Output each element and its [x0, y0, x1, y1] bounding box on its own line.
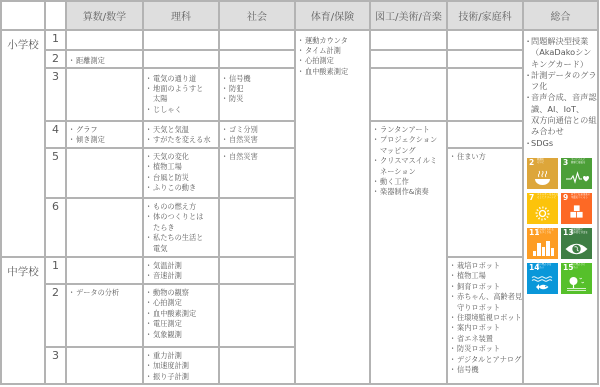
cell-science-es1	[144, 31, 218, 49]
cell-item: 加速度計測	[145, 361, 218, 371]
cell-math-es2: 距離測定	[67, 51, 142, 67]
header-tech: 技術/家庭科	[448, 2, 522, 29]
cell-item: 気温計測	[145, 261, 218, 271]
sdg-goal-11: 11 住み続けられる まちづくりを	[527, 228, 558, 259]
cell-science-es3: 電気の通り道地面のようすと 太陽じしゃく	[144, 69, 218, 120]
cell-item: 案内ロボット	[449, 323, 522, 333]
sdg-goal-3: 3 すべての人に 健康と福祉を	[561, 158, 592, 189]
cell-item: 信号機	[449, 365, 522, 375]
cell-item: 防災	[221, 94, 294, 104]
cell-integrated-all: 問題解決型授業 （AkaDakoシン キングカード）計測データのグラ フ化音声合…	[524, 31, 597, 383]
item-list: グラフ傾き測定	[67, 122, 142, 146]
cell-tech-es1	[448, 31, 522, 49]
cell-item: すがたを変える水	[145, 135, 218, 145]
item-list	[220, 348, 294, 351]
item-list: 気温計測音速計測	[144, 258, 218, 282]
cell-science-jh3: 重力計測加速度計測振り子計測	[144, 348, 218, 383]
cell-item: 信号機	[221, 74, 294, 84]
item-list	[371, 31, 446, 34]
cell-item: 傾き測定	[68, 135, 142, 145]
cell-item: クリスマスイルミ ネーション	[372, 156, 446, 177]
cell-item: 運動カウンタ	[297, 36, 369, 46]
header-science: 理科	[144, 2, 218, 29]
item-list	[371, 69, 446, 72]
item-list	[220, 199, 294, 202]
cell-item: 赤ちゃん、高齢者見 守りロボット	[449, 292, 522, 313]
item-list	[67, 149, 142, 152]
cell-item: 動く工作	[372, 177, 446, 187]
cubes-icon	[561, 193, 592, 224]
item-list	[371, 51, 446, 54]
cell-item: 楽器制作&演奏	[372, 187, 446, 197]
cell-science-jh2: 動物の観察心拍測定血中酸素測定電圧測定気象観測	[144, 285, 218, 346]
cell-item: 植物工場	[145, 162, 218, 172]
cell-item: 栽培ロボット	[449, 261, 522, 271]
cell-math-es6	[67, 199, 142, 256]
item-list: 重力計測加速度計測振り子計測	[144, 348, 218, 382]
item-list: 自然災害	[220, 149, 294, 162]
cell-item: 地面のようすと 太陽	[145, 84, 218, 105]
cell-tech-es4	[448, 122, 522, 147]
item-list	[67, 258, 142, 261]
cell-item: 省エネ装置	[449, 334, 522, 344]
grade-jh1: 1	[46, 258, 65, 283]
item-list: 動物の観察心拍測定血中酸素測定電圧測定気象観測	[144, 285, 218, 340]
cell-science-es5: 天気の変化植物工場台風と防災ふりこの動き	[144, 149, 218, 197]
item-list: データの分析	[67, 285, 142, 298]
cell-item: 重力計測	[145, 351, 218, 361]
sdg-goal-15: 15 陸の豊かさも 守ろう	[561, 263, 592, 294]
item-list	[67, 199, 142, 202]
cell-item: 電気の通り道	[145, 74, 218, 84]
fish-icon	[527, 263, 558, 294]
cell-item: タイム計測	[297, 46, 369, 56]
cell-item: SDGs	[524, 138, 597, 149]
cell-item: ふりこの動き	[145, 183, 218, 193]
sdg-goal-14: 14 海の豊かさを 守ろう	[527, 263, 558, 294]
item-list	[220, 258, 294, 261]
cell-social-jh3	[220, 348, 294, 383]
cell-item: 体のつくりとは たらき	[145, 212, 218, 233]
cell-item: ゴミ分別	[221, 125, 294, 135]
item-list	[220, 285, 294, 288]
cell-item: 心拍測定	[145, 298, 218, 308]
cell-item: データの分析	[68, 288, 142, 298]
cell-science-jh1: 気温計測音速計測	[144, 258, 218, 283]
cell-pe-all: 運動カウンタタイム計測心拍測定血中酸素測定	[296, 31, 369, 383]
item-list	[220, 31, 294, 34]
cell-item: 心拍測定	[297, 56, 369, 66]
cell-art-es2	[371, 51, 446, 67]
school-label-junior-high: 中学校	[2, 258, 44, 383]
cell-math-es1	[67, 31, 142, 49]
cell-item: 音声合成、音声認 識、AI、IoT、 双方向通信との組 み合わせ	[524, 92, 597, 137]
cell-item: 計測データのグラ フ化	[524, 70, 597, 93]
cell-tech-es3	[448, 69, 522, 120]
curriculum-table: 算数/数学 理科 社会 体育/保険 図工/美術/音楽 技術/家庭科 総合 小学校…	[0, 0, 599, 385]
item-list	[67, 69, 142, 72]
header-grade-col	[46, 2, 65, 29]
cell-social-es1	[220, 31, 294, 49]
cell-science-es4: 天気と気温すがたを変える水	[144, 122, 218, 147]
cell-art-es4-jh3: ランタンアートプロジェクション マッピングクリスマスイルミ ネーション動く工作楽…	[371, 122, 446, 383]
cell-item: デジタルとアナログ	[449, 355, 522, 365]
grade-es4: 4	[46, 122, 65, 147]
cell-item: 天気と気温	[145, 125, 218, 135]
cell-math-es4: グラフ傾き測定	[67, 122, 142, 147]
cell-item: グラフ	[68, 125, 142, 135]
cell-math-es3	[67, 69, 142, 120]
grade-es1: 1	[46, 31, 65, 49]
grade-es5: 5	[46, 149, 65, 197]
cell-item: じしゃく	[145, 105, 218, 115]
eye-globe-icon	[561, 228, 592, 259]
item-list: 栽培ロボット植物工場飼育ロボット赤ちゃん、高齢者見 守りロボット住環境監視ロボッ…	[448, 258, 522, 375]
item-list	[144, 31, 218, 34]
cell-tech-es2	[448, 51, 522, 67]
cell-art-es1	[371, 31, 446, 49]
item-list: 信号機防犯防災	[220, 69, 294, 105]
cell-social-es6	[220, 199, 294, 256]
cell-item: 問題解決型授業 （AkaDakoシン キングカード）	[524, 36, 597, 70]
bowl-icon	[527, 158, 558, 189]
item-list: 電気の通り道地面のようすと 太陽じしゃく	[144, 69, 218, 115]
grade-jh2: 2	[46, 285, 65, 346]
cell-social-jh1	[220, 258, 294, 283]
cell-item: 天気の変化	[145, 152, 218, 162]
cell-science-es2	[144, 51, 218, 67]
item-list	[448, 122, 522, 125]
header-math: 算数/数学	[67, 2, 142, 29]
sdg-goal-13: 13 気候変動に 具体的な対策を	[561, 228, 592, 259]
header-integrated: 総合	[524, 2, 597, 29]
grade-es3: 3	[46, 69, 65, 120]
cell-tech-jh1-3: 栽培ロボット植物工場飼育ロボット赤ちゃん、高齢者見 守りロボット住環境監視ロボッ…	[448, 258, 522, 383]
item-list	[448, 31, 522, 34]
sdg-goal-2: 2 飢餓を ゼロに	[527, 158, 558, 189]
cell-item: 植物工場	[449, 271, 522, 281]
header-art: 図工/美術/音楽	[371, 2, 446, 29]
item-list: 天気と気温すがたを変える水	[144, 122, 218, 146]
header-pe: 体育/保険	[296, 2, 369, 29]
item-list	[448, 69, 522, 72]
cell-tech-es5-6: 住まい方	[448, 149, 522, 256]
sdg-goal-7: 7 エネルギーをみんなに そしてクリーンに	[527, 193, 558, 224]
item-list: ランタンアートプロジェクション マッピングクリスマスイルミ ネーション動く工作楽…	[371, 122, 446, 198]
grade-es2: 2	[46, 51, 65, 67]
item-list: 天気の変化植物工場台風と防災ふりこの動き	[144, 149, 218, 194]
header-school-col	[2, 2, 44, 29]
cell-item: 動物の観察	[145, 288, 218, 298]
grade-jh3: 3	[46, 348, 65, 383]
cell-item: 住まい方	[449, 152, 522, 162]
item-list	[144, 51, 218, 54]
item-list: ものの燃え方体のつくりとは たらき私たちの生活と 電気	[144, 199, 218, 254]
cell-item: ランタンアート	[372, 125, 446, 135]
cell-math-jh1	[67, 258, 142, 283]
cell-item: 血中酸素測定	[297, 67, 369, 77]
item-list: ゴミ分別自然災害	[220, 122, 294, 146]
item-list: 住まい方	[448, 149, 522, 162]
school-label-elementary: 小学校	[2, 31, 44, 256]
cell-item: 私たちの生活と 電気	[145, 233, 218, 254]
cell-item: 音速計測	[145, 271, 218, 281]
heartbeat-icon	[561, 158, 592, 189]
item-list	[67, 348, 142, 351]
cell-item: 電圧測定	[145, 319, 218, 329]
cell-item: 自然災害	[221, 152, 294, 162]
cell-item: ものの燃え方	[145, 202, 218, 212]
cell-social-es2	[220, 51, 294, 67]
item-list	[67, 31, 142, 34]
item-list: 距離測定	[67, 51, 142, 66]
item-list: 問題解決型授業 （AkaDakoシン キングカード）計測データのグラ フ化音声合…	[524, 31, 597, 149]
item-list	[448, 51, 522, 54]
cell-item: 血中酸素測定	[145, 309, 218, 319]
item-list: 運動カウンタタイム計測心拍測定血中酸素測定	[296, 31, 369, 77]
header-social: 社会	[220, 2, 294, 29]
cell-item: 飼育ロボット	[449, 282, 522, 292]
cell-item: 振り子計測	[145, 372, 218, 382]
cell-item: 距離測定	[68, 56, 142, 66]
cell-math-jh2: データの分析	[67, 285, 142, 346]
cell-item: 防犯	[221, 84, 294, 94]
tree-icon	[561, 263, 592, 294]
cell-science-es6: ものの燃え方体のつくりとは たらき私たちの生活と 電気	[144, 199, 218, 256]
cell-item: 気象観測	[145, 330, 218, 340]
cell-math-jh3	[67, 348, 142, 383]
cell-art-es3	[371, 69, 446, 120]
item-list	[220, 51, 294, 54]
cell-item: 台風と防災	[145, 173, 218, 183]
buildings-icon	[527, 228, 558, 259]
cell-item: プロジェクション マッピング	[372, 135, 446, 156]
cell-item: 防災ロボット	[449, 344, 522, 354]
cell-item: 自然災害	[221, 135, 294, 145]
cell-social-es4: ゴミ分別自然災害	[220, 122, 294, 147]
cell-social-jh2	[220, 285, 294, 346]
cell-item: 住環境監視ロボット	[449, 313, 522, 323]
cell-social-es5: 自然災害	[220, 149, 294, 197]
sun-icon	[527, 193, 558, 224]
cell-social-es3: 信号機防犯防災	[220, 69, 294, 120]
sdg-goal-9: 9 産業と技術革新の 基盤をつくろう	[561, 193, 592, 224]
sdg-icon-grid: 2 飢餓を ゼロに 3 すべての人に 健康と福祉を 7 エネルギーをみんなに そ…	[527, 158, 597, 294]
cell-math-es5	[67, 149, 142, 197]
grade-es6: 6	[46, 199, 65, 256]
